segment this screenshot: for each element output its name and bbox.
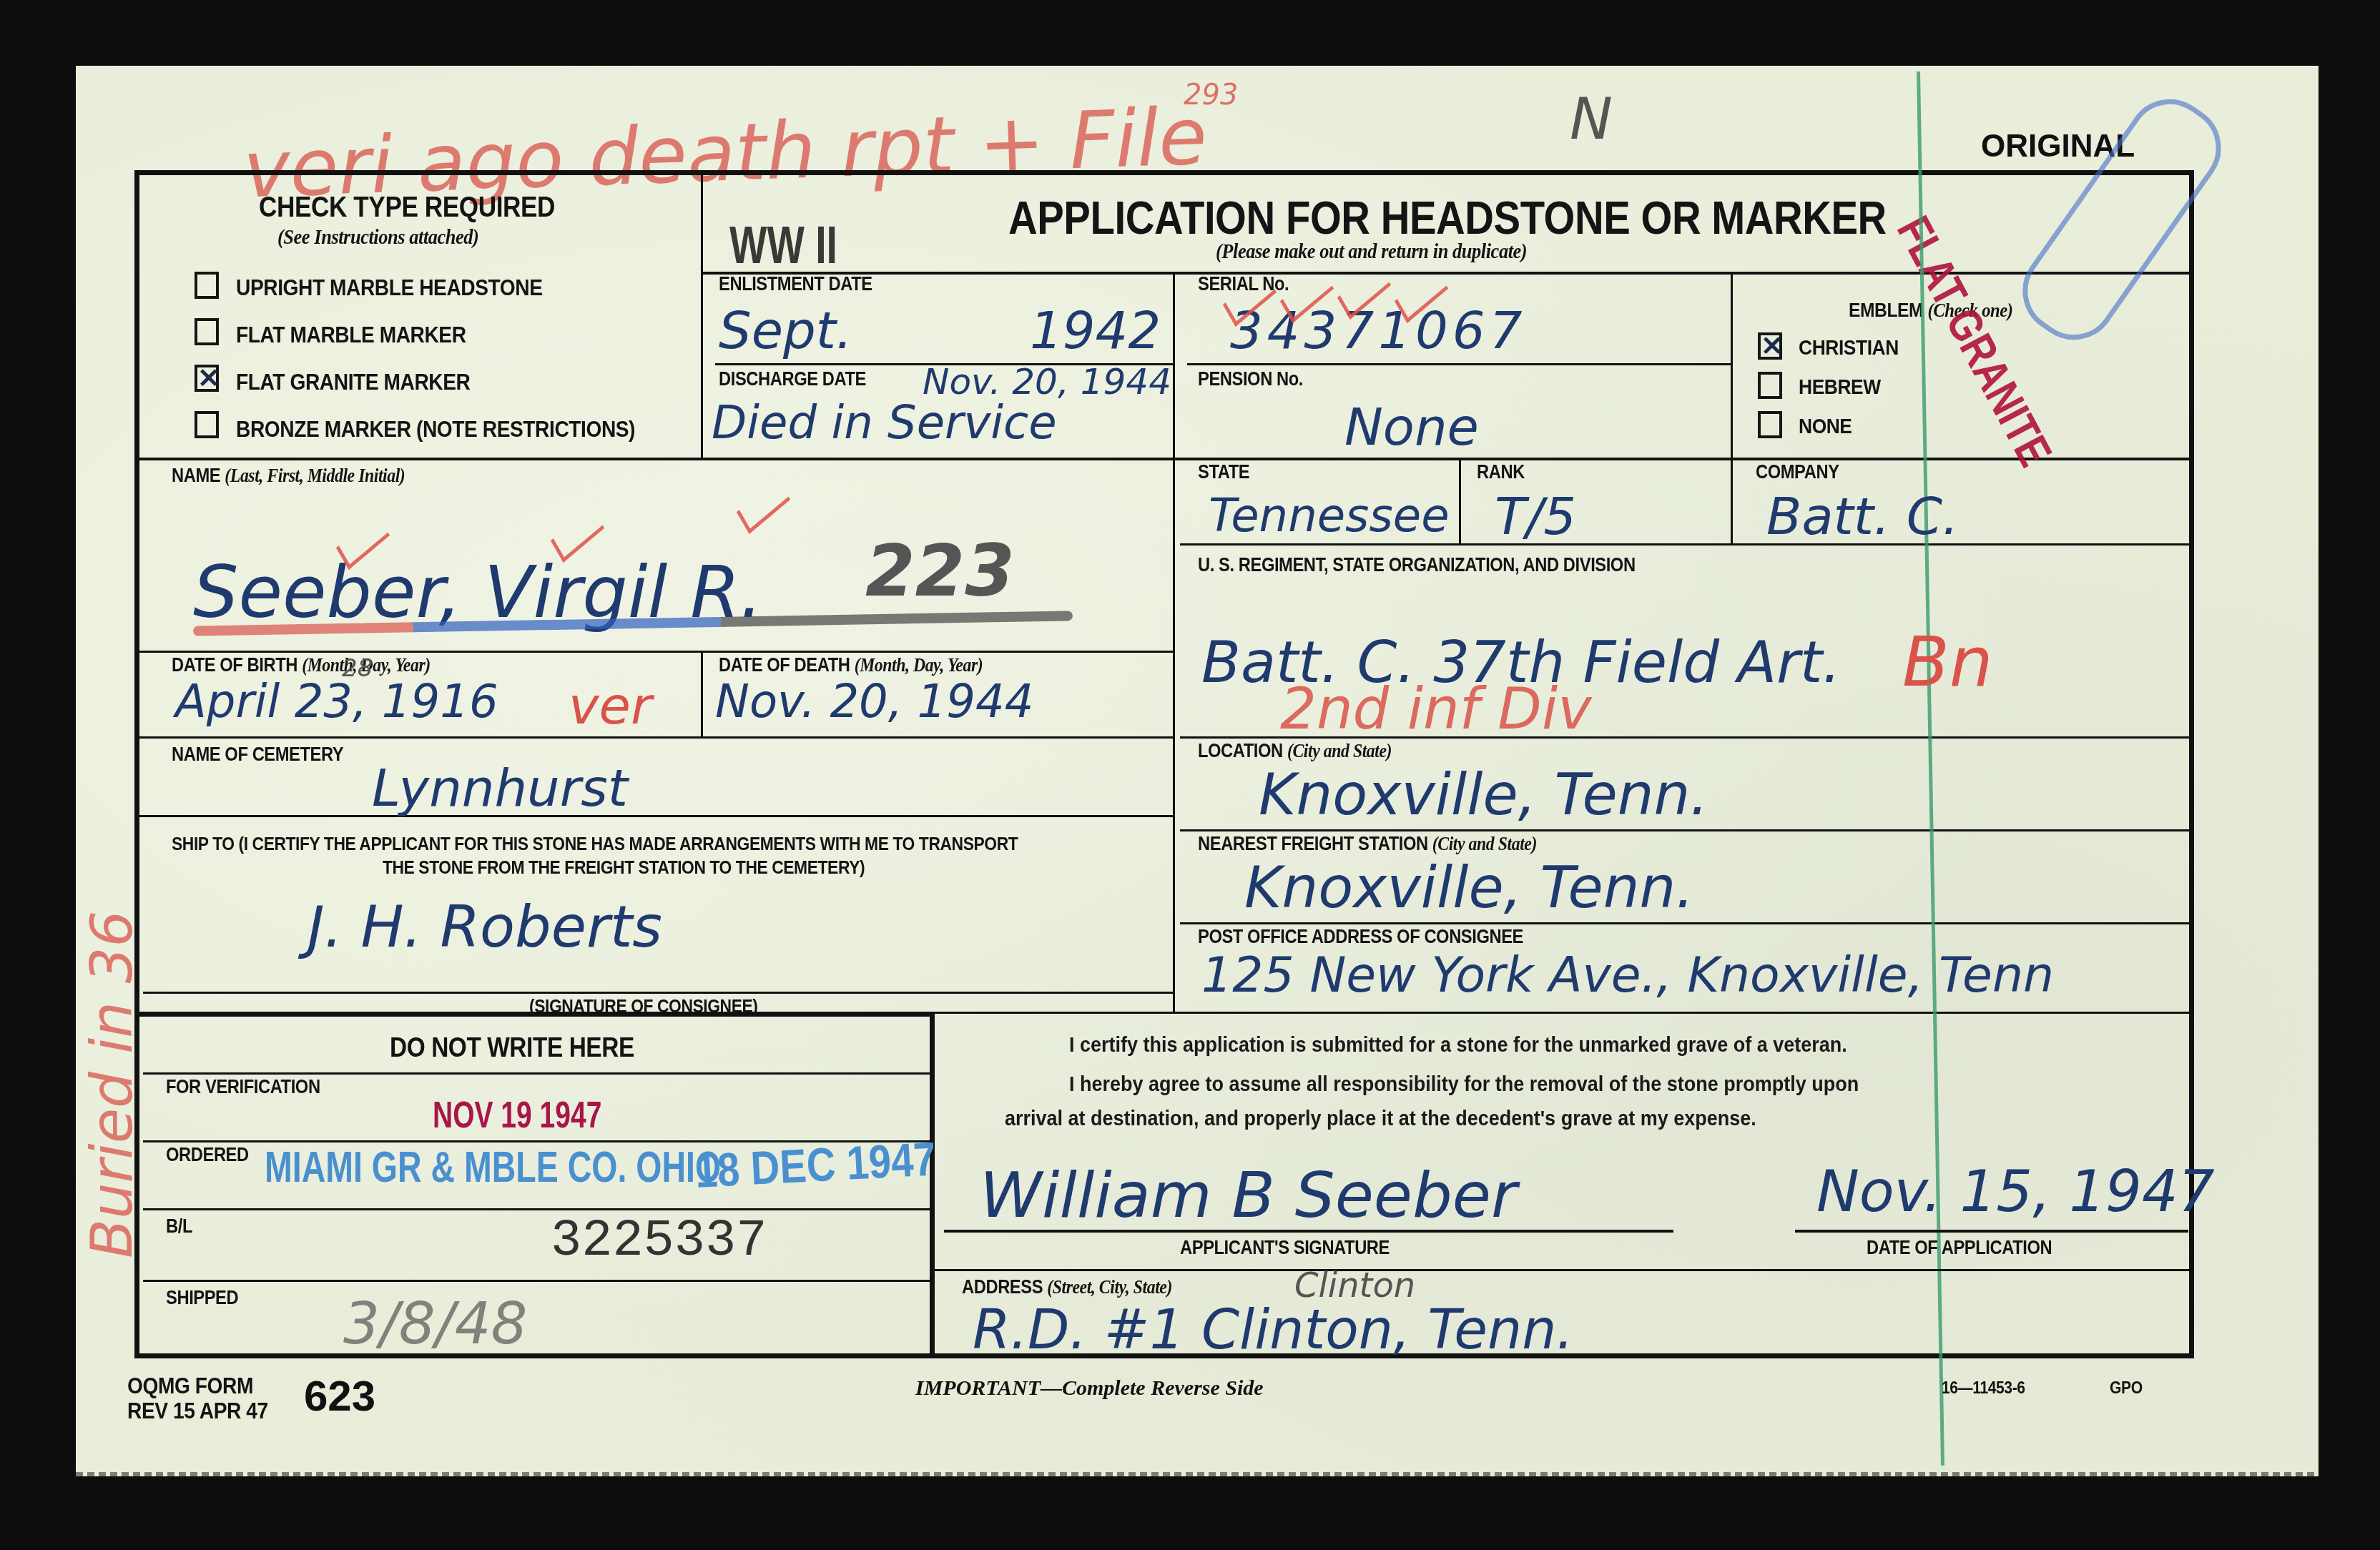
important-note: IMPORTANT—Complete Reverse Side — [915, 1376, 1264, 1401]
checkbox-flat-granite[interactable] — [195, 365, 219, 392]
enlistment-date-label: ENLISTMENT DATE — [719, 273, 872, 295]
form-subtitle: (Please make out and return in duplicate… — [1216, 240, 1527, 264]
for-verification-label: FOR VERIFICATION — [166, 1076, 320, 1098]
cemetery-label: NAME OF CEMETERY — [172, 744, 343, 766]
printer-label: GPO — [2110, 1378, 2143, 1398]
cemetery-value[interactable]: Lynnhurst — [372, 758, 628, 818]
war-stamp: WW II — [729, 214, 837, 275]
emblem-hebrew: HEBREW — [1799, 375, 1881, 400]
emblem-christian: CHRISTIAN — [1799, 336, 1899, 360]
ship-to-label: SHIP TO (I CERTIFY THE APPLICANT FOR THI… — [172, 833, 1018, 855]
freight-station-label: NEAREST FREIGHT STATION (City and State) — [1198, 833, 1537, 855]
checkbox-flat-marble[interactable] — [195, 318, 219, 345]
divider — [134, 736, 1173, 739]
divider — [1187, 363, 1731, 365]
location-value[interactable]: Knoxville, Tenn. — [1259, 761, 1708, 828]
applicant-signature[interactable]: William B Seeber — [980, 1158, 1517, 1232]
certification-line1: I certify this application is submitted … — [1069, 1033, 1847, 1057]
discharge-note-value[interactable]: Died in Service — [712, 397, 1057, 450]
enlistment-year-value[interactable]: 1942 — [1030, 300, 1161, 360]
address-value[interactable]: R.D. #1 Clinton, Tenn. — [973, 1298, 1574, 1361]
checkbox-bronze[interactable] — [195, 411, 219, 438]
divider — [701, 170, 703, 458]
dob-red-note: ver — [569, 676, 652, 736]
divider — [143, 992, 1173, 994]
dob-label: DATE OF BIRTH (Month, Day, Year) — [172, 654, 431, 676]
address-label-text: ADDRESS — [962, 1276, 1043, 1298]
form-id-line1: OQMG FORM — [127, 1373, 253, 1399]
divider — [701, 651, 703, 736]
post-office-label: POST OFFICE ADDRESS OF CONSIGNEE — [1198, 926, 1523, 948]
shipped-label: SHIPPED — [166, 1287, 238, 1309]
date-of-application-caption: DATE OF APPLICATION — [1867, 1237, 2052, 1259]
date-of-application-value[interactable]: Nov. 15, 1947 — [1816, 1158, 2215, 1225]
print-code: 16—11453-6 — [1942, 1378, 2025, 1398]
name-label-note: (Last, First, Middle Initial) — [225, 465, 405, 486]
divider — [1731, 272, 1733, 543]
shipped-value: 3/8/48 — [343, 1290, 528, 1357]
check-type-subheading: (See Instructions attached) — [277, 225, 478, 250]
rank-value[interactable]: T/5 — [1495, 486, 1576, 546]
consignee-signature-caption: (SIGNATURE OF CONSIGNEE) — [529, 995, 758, 1017]
divider — [134, 815, 1173, 817]
form-id-line2: REV 15 APR 47 — [127, 1398, 268, 1424]
top-red-superscript: 293 — [1184, 79, 1238, 112]
regiment-label: U. S. REGIMENT, STATE ORGANIZATION, AND … — [1198, 554, 1636, 576]
checkbox-emblem-christian[interactable] — [1758, 332, 1782, 360]
bl-value: 3225337 — [551, 1212, 767, 1270]
address-label: ADDRESS (Street, City, State) — [962, 1276, 1172, 1298]
state-value[interactable]: Tennessee — [1209, 490, 1450, 543]
form-title: APPLICATION FOR HEADSTONE OR MARKER — [1008, 192, 1887, 245]
ordered-stamp: MIAMI GR & MBLE CO. OHIO — [265, 1142, 721, 1193]
enlistment-month-value[interactable]: Sept. — [719, 300, 852, 360]
divider — [143, 1280, 930, 1282]
emblem-none: NONE — [1799, 415, 1852, 439]
divider — [1180, 922, 2194, 924]
post-office-value[interactable]: 125 New York Ave., Knoxville, Tenn — [1201, 947, 2054, 1004]
option-upright-marble: UPRIGHT MARBLE HEADSTONE — [236, 275, 543, 301]
ship-to-label-line2: THE STONE FROM THE FREIGHT STATION TO TH… — [383, 857, 865, 879]
location-label: LOCATION (City and State) — [1198, 740, 1392, 762]
office-use-heading: DO NOT WRITE HERE — [390, 1033, 634, 1064]
consignee-signature[interactable]: J. H. Roberts — [308, 894, 662, 960]
option-flat-granite: FLAT GRANITE MARKER — [236, 369, 470, 395]
divider — [933, 1012, 2194, 1014]
divider — [1459, 458, 1461, 543]
bl-label: B/L — [166, 1215, 192, 1238]
location-label-note: (City and State) — [1287, 740, 1392, 761]
regiment-red-addition: Bn — [1902, 622, 1993, 702]
location-label-text: LOCATION — [1198, 740, 1283, 761]
dob-value[interactable]: April 23, 1916 — [175, 676, 498, 729]
divider — [143, 1072, 930, 1075]
checkbox-emblem-none[interactable] — [1758, 411, 1782, 438]
regiment-red-line2: 2nd inf Div — [1280, 676, 1592, 742]
ordered-label: ORDERED — [166, 1144, 249, 1166]
option-flat-marble: FLAT MARBLE MARKER — [236, 322, 466, 348]
dod-label-note: (Month, Day, Year) — [855, 654, 983, 676]
pension-no-value[interactable]: None — [1344, 397, 1479, 457]
rank-label: RANK — [1477, 461, 1525, 483]
company-value[interactable]: Batt. C. — [1766, 486, 1959, 546]
divider — [1180, 829, 2194, 831]
pencil-mark: N — [1570, 86, 1613, 152]
dob-correction: 28 — [342, 654, 373, 683]
address-label-note: (Street, City, State) — [1047, 1276, 1172, 1298]
checkbox-emblem-hebrew[interactable] — [1758, 372, 1782, 399]
certification-line2: I hereby agree to assume all responsibil… — [1069, 1072, 1859, 1097]
discharge-date-label: DISCHARGE DATE — [719, 368, 866, 390]
serial-no-value[interactable]: 34371067 — [1230, 300, 1526, 360]
company-label: COMPANY — [1756, 461, 1839, 483]
applicant-signature-caption: APPLICANT'S SIGNATURE — [1180, 1237, 1390, 1259]
dob-label-text: DATE OF BIRTH — [172, 654, 297, 676]
check-type-heading: CHECK TYPE REQUIRED — [259, 192, 555, 224]
freight-station-label-note: (City and State) — [1432, 833, 1537, 854]
name-pencil-note: 223 — [865, 529, 1015, 613]
form-number: 623 — [304, 1371, 375, 1421]
certification-line3: arrival at destination, and properly pla… — [1005, 1107, 1756, 1131]
pension-no-label: PENSION No. — [1198, 368, 1303, 390]
freight-station-value[interactable]: Knoxville, Tenn. — [1244, 854, 1694, 921]
name-label-text: NAME — [172, 465, 220, 486]
freight-station-label-text: NEAREST FREIGHT STATION — [1198, 833, 1428, 854]
verification-date-stamp: NOV 19 1947 — [433, 1094, 601, 1137]
divider — [143, 1208, 930, 1210]
name-label: NAME (Last, First, Middle Initial) — [172, 465, 405, 487]
dod-value[interactable]: Nov. 20, 1944 — [715, 676, 1033, 729]
divider — [1745, 458, 2194, 460]
emblem-heading-text: EMBLEM — [1849, 299, 1923, 321]
dod-label-text: DATE OF DEATH — [719, 654, 850, 676]
divider — [1173, 272, 1175, 1012]
signature-line — [944, 1230, 1673, 1233]
option-bronze: BRONZE MARKER (NOTE RESTRICTIONS) — [236, 416, 635, 443]
divider — [1180, 543, 2194, 546]
date-line — [1795, 1230, 2188, 1233]
side-red-annotation: Buried in 36 — [79, 911, 145, 1258]
divider — [933, 1269, 2194, 1271]
checkbox-upright-marble[interactable] — [195, 272, 219, 299]
dod-label: DATE OF DEATH (Month, Day, Year) — [719, 654, 983, 676]
divider — [134, 651, 1173, 653]
state-label: STATE — [1198, 461, 1249, 483]
